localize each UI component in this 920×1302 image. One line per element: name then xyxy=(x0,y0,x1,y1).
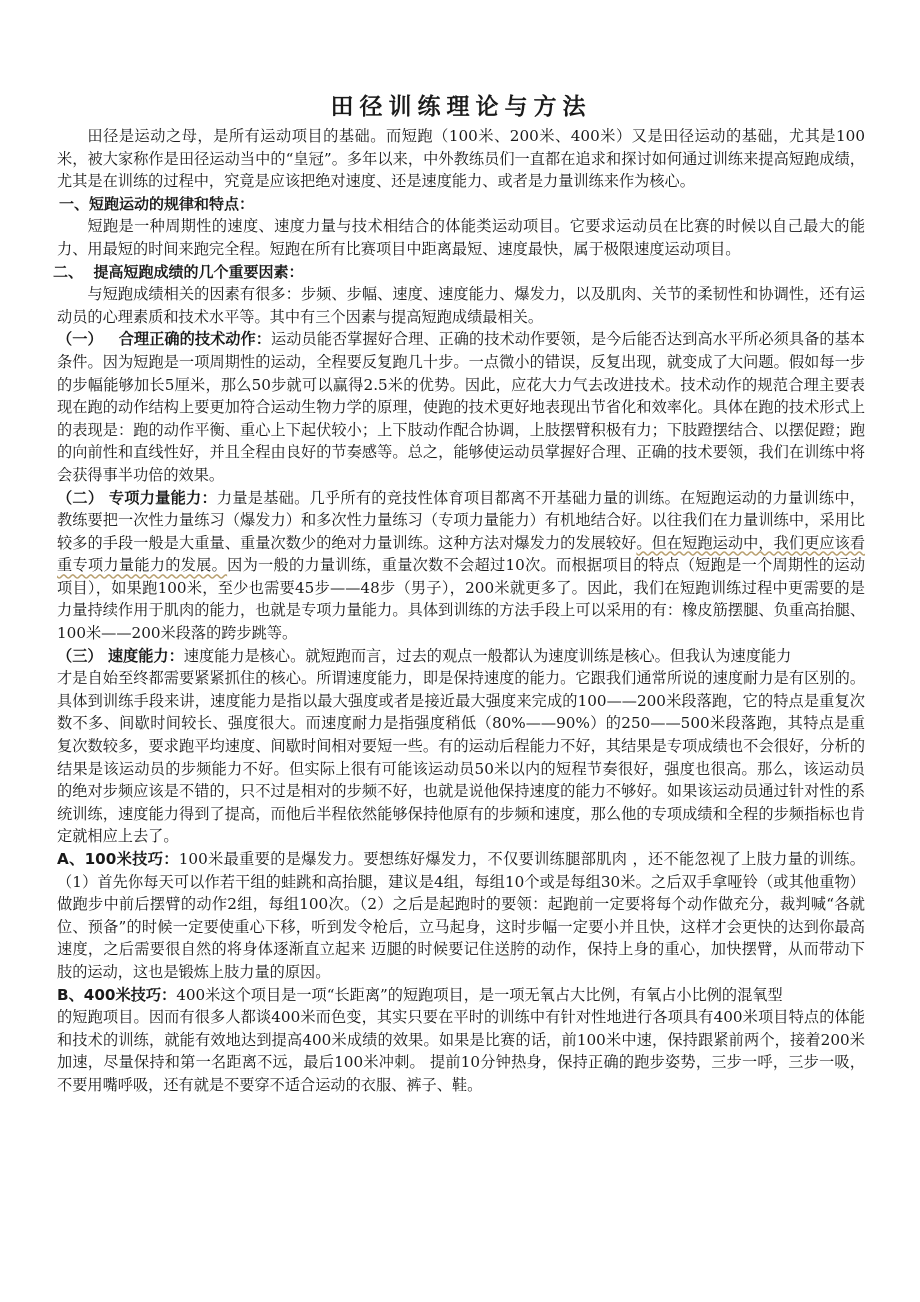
tip-400m-body-2: 的短跑项目。因而有很多人都谈400米而色变，其实只要在平时的训练中有针对性地进行… xyxy=(57,1008,865,1094)
tip-100m-paragraph: A、100米技巧：100米最重要的是爆发力。要想练好爆发力，不仅要训练腿部肌肉 … xyxy=(57,848,865,984)
document-title: 田径训练理论与方法 xyxy=(57,92,865,122)
tip-400m-body-1: 400米这个项目是一项“长距离”的短跑项目，是一项无氧占大比例，有氧占小比例的混… xyxy=(176,986,782,1004)
factor-technique-paragraph: （一） 合理正确的技术动作：运动员能否掌握好合理、正确的技术动作要领，是今后能否… xyxy=(57,328,865,486)
document-page: 田径训练理论与方法 田径是运动之母，是所有运动项目的基础。而短跑（100米、20… xyxy=(57,92,865,1097)
factor-technique-label: （一） 合理正确的技术动作： xyxy=(57,330,271,348)
factor-speed-paragraph: （三） 速度能力：速度能力是核心。就短跑而言，过去的观点一般都认为速度训练是核心… xyxy=(57,645,865,848)
factor-speed-body-1: 速度能力是核心。就短跑而言，过去的观点一般都认为速度训练是核心。但我认为速度能力 xyxy=(184,647,792,665)
section-heading-2: 二、 提高短跑成绩的几个重要因素： xyxy=(53,261,865,284)
factor-technique-body: 运动员能否掌握好合理、正确的技术动作要领，是今后能否达到高水平所必须具备的基本条… xyxy=(57,330,865,484)
tip-100m-body: 100米最重要的是爆发力。要想练好爆发力，不仅要训练腿部肌肉 ，还不能忽视了上肢… xyxy=(57,850,865,981)
section-2-paragraph: 与短跑成绩相关的因素有很多：步频、步幅、速度、速度能力、爆发力，以及肌肉、关节的… xyxy=(57,283,865,328)
section-1-paragraph: 短跑是一种周期性的速度、速度力量与技术相结合的体能类运动项目。它要求运动员在比赛… xyxy=(57,215,865,260)
factor-speed-body-2: 才是自始至终都需要紧紧抓住的核心。所谓速度能力，即是保持速度的能力。它跟我们通常… xyxy=(57,669,865,845)
tip-100m-label: A、100米技巧： xyxy=(57,850,179,868)
intro-paragraph: 田径是运动之母，是所有运动项目的基础。而短跑（100米、200米、400米）又是… xyxy=(57,125,865,193)
factor-speed-label: （三） 速度能力： xyxy=(57,647,184,665)
section-heading-1: 一、短跑运动的规律和特点： xyxy=(57,193,865,216)
tip-400m-label: B、400米技巧： xyxy=(57,986,176,1004)
factor-strength-label: （二） 专项力量能力： xyxy=(57,489,217,507)
tip-400m-paragraph: B、400米技巧：400米这个项目是一项“长距离”的短跑项目，是一项无氧占大比例… xyxy=(57,984,865,1097)
factor-strength-paragraph: （二） 专项力量能力：力量是基础。几乎所有的竞技性体育项目都离不开基础力量的训练… xyxy=(57,487,865,645)
